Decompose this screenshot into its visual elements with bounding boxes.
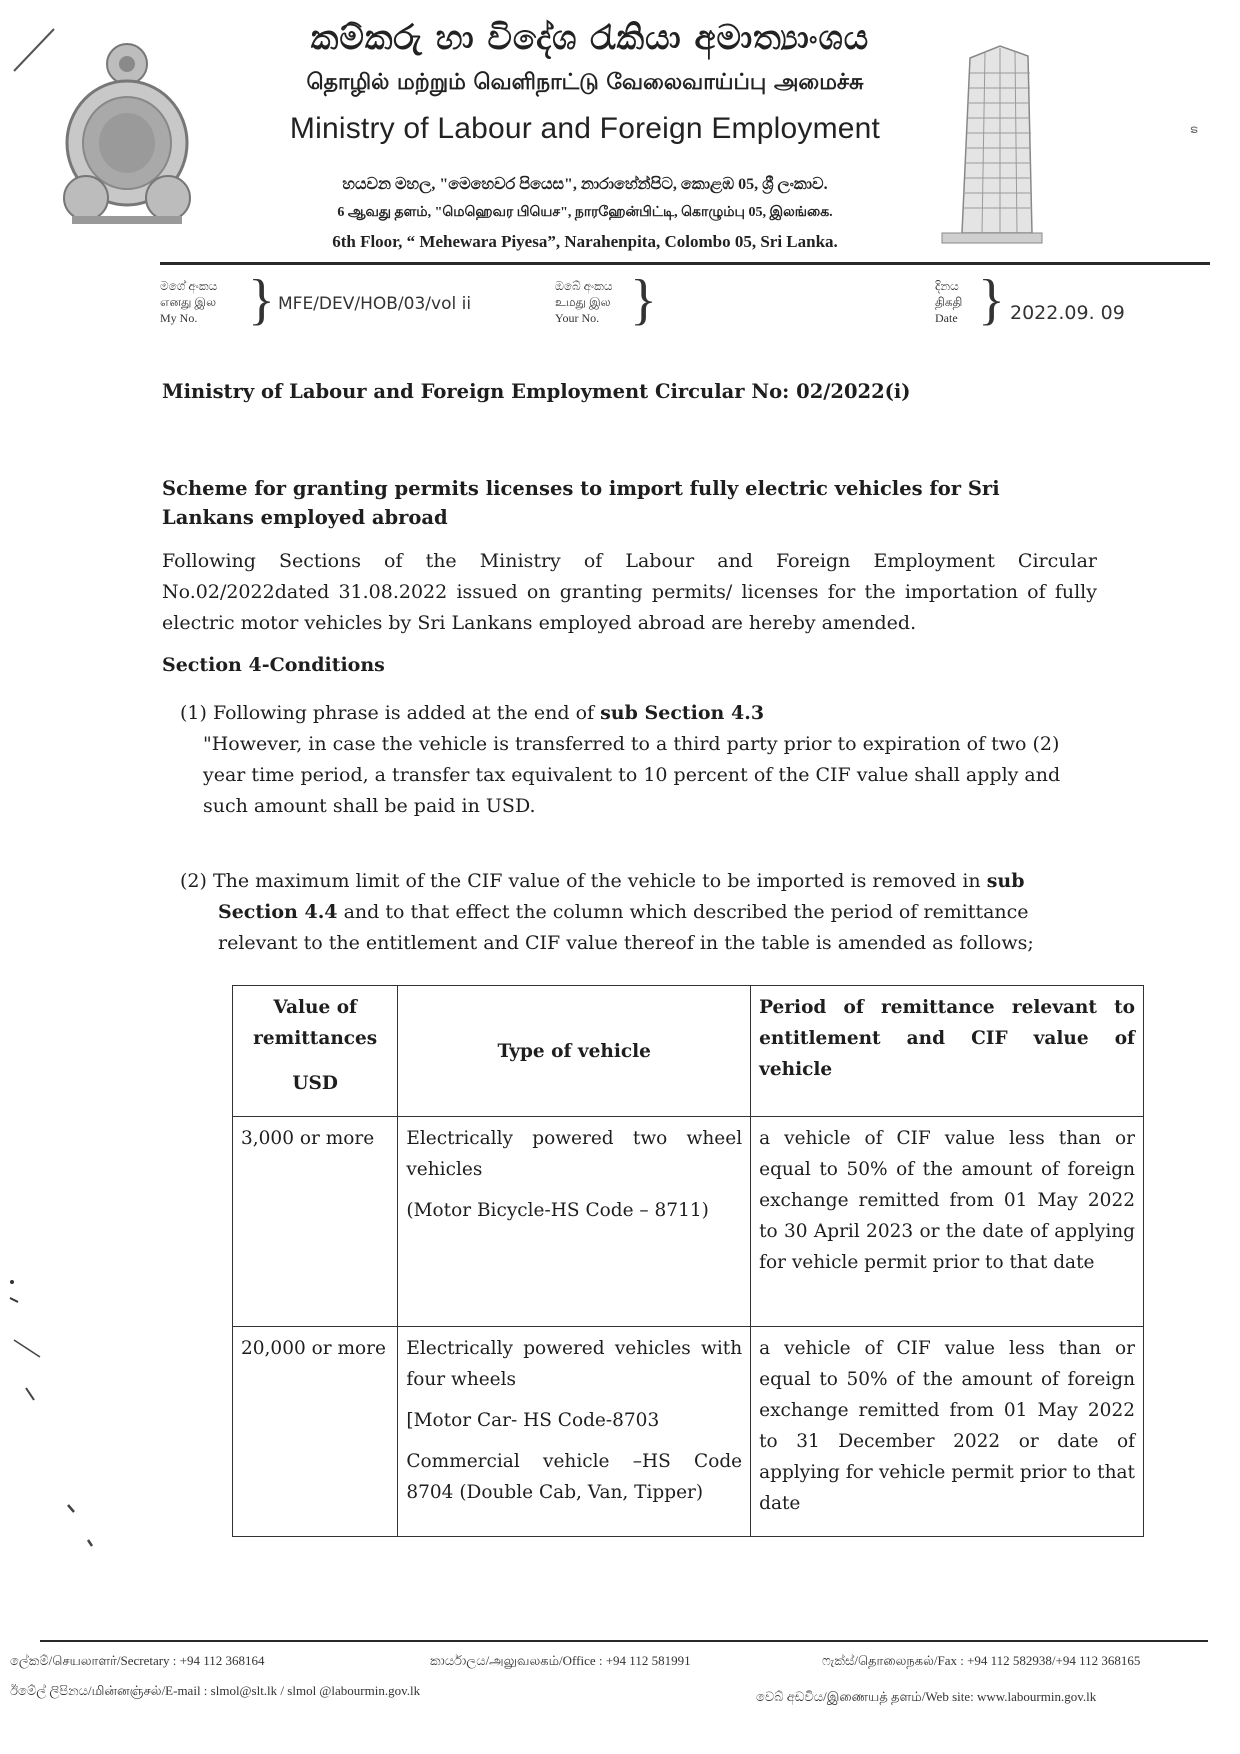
footer-email[interactable]: ඊමේල් ලිපිනය/மின்னஞ்சல்/E-mail : slmol@s… (10, 1683, 420, 1700)
section-heading: Section 4-Conditions (162, 650, 385, 681)
brace: } (248, 272, 275, 328)
address-sinhala: හයවන මහල, "මෙහෙවර පියෙස", නාරාහේන්පිට, ක… (200, 176, 970, 194)
cell-vehicle-type: Electrically powered vehicles with four … (398, 1327, 751, 1537)
cell-vehicle-type: Electrically powered two wheel vehicles … (398, 1117, 751, 1327)
footer-divider (40, 1640, 1208, 1642)
scan-marks (0, 1260, 110, 1560)
amendment-item-2: (2) The maximum limit of the CIF value o… (180, 866, 1100, 959)
scan-speck: ຣ (1190, 122, 1198, 136)
brace: } (978, 272, 1005, 328)
cell-period: a vehicle of CIF value less than or equa… (751, 1327, 1144, 1537)
table-row: 20,000 or more Electrically powered vehi… (233, 1327, 1144, 1537)
intro-paragraph: Following Sections of the Ministry of La… (162, 546, 1097, 639)
table-row: 3,000 or more Electrically powered two w… (233, 1117, 1144, 1327)
ministry-name-sinhala: කම්කරු හා විදේශ රැකියා අමාත්‍යාංශය (290, 18, 890, 58)
footer-secretary-phone: ලේකම්/செயலாளர்/Secretary : +94 112 36816… (10, 1653, 265, 1670)
footer-fax: ෆැක්ස්/தொலைநகல்/Fax : +94 112 582938/+94… (822, 1653, 1140, 1670)
header-divider (160, 262, 1210, 265)
header-period-of-remittance: Period of remittance relevant to entitle… (751, 986, 1144, 1117)
ministry-name-tamil: தொழில் மற்றும் வெளிநாட்டு வேலைவாய்ப்பு அ… (200, 70, 970, 98)
table-header-row: Value of remittances USD Type of vehicle… (233, 986, 1144, 1117)
date-labels: දිනය திகதி Date (935, 278, 962, 326)
cell-value: 3,000 or more (233, 1117, 398, 1327)
my-no-value: MFE/DEV/HOB/03/vol ii (278, 294, 471, 314)
footer-website[interactable]: වෙබ් අඩවිය/இணையத் தளம்/Web site: www.lab… (756, 1689, 1096, 1706)
amendment-quote: "However, in case the vehicle is transfe… (180, 729, 1100, 822)
header-type-of-vehicle: Type of vehicle (398, 986, 751, 1117)
my-no-labels: මගේ අංකය எனது இல My No. (160, 278, 217, 326)
cell-value: 20,000 or more (233, 1327, 398, 1537)
date-value: 2022.09. 09 (1010, 302, 1125, 324)
ministry-name-english: Ministry of Labour and Foreign Employmen… (200, 112, 970, 146)
address-english: 6th Floor, “ Mehewara Piyesa”, Narahenpi… (200, 232, 970, 252)
amendment-item-1: (1) Following phrase is added at the end… (180, 698, 1100, 822)
scheme-title: Scheme for granting permits licenses to … (162, 474, 1097, 532)
state-emblem-icon (62, 38, 192, 228)
cell-period: a vehicle of CIF value less than or equa… (751, 1117, 1144, 1327)
pen-stroke-mark (10, 25, 58, 75)
brace: } (630, 272, 657, 328)
footer-office-phone: කාර්යාලය/அலுவலகம்/Office : +94 112 58199… (430, 1653, 691, 1670)
address-tamil: 6 ஆவது தளம், "மெஹெவர பியெச", நாரஹேன்பிட்… (200, 205, 970, 222)
header-value-of-remittances: Value of remittances USD (233, 986, 398, 1117)
your-no-labels: ඔබේ අංකය உமது இல Your No. (555, 278, 612, 326)
remittance-table: Value of remittances USD Type of vehicle… (232, 985, 1144, 1537)
circular-title: Ministry of Labour and Foreign Employmen… (162, 376, 911, 407)
